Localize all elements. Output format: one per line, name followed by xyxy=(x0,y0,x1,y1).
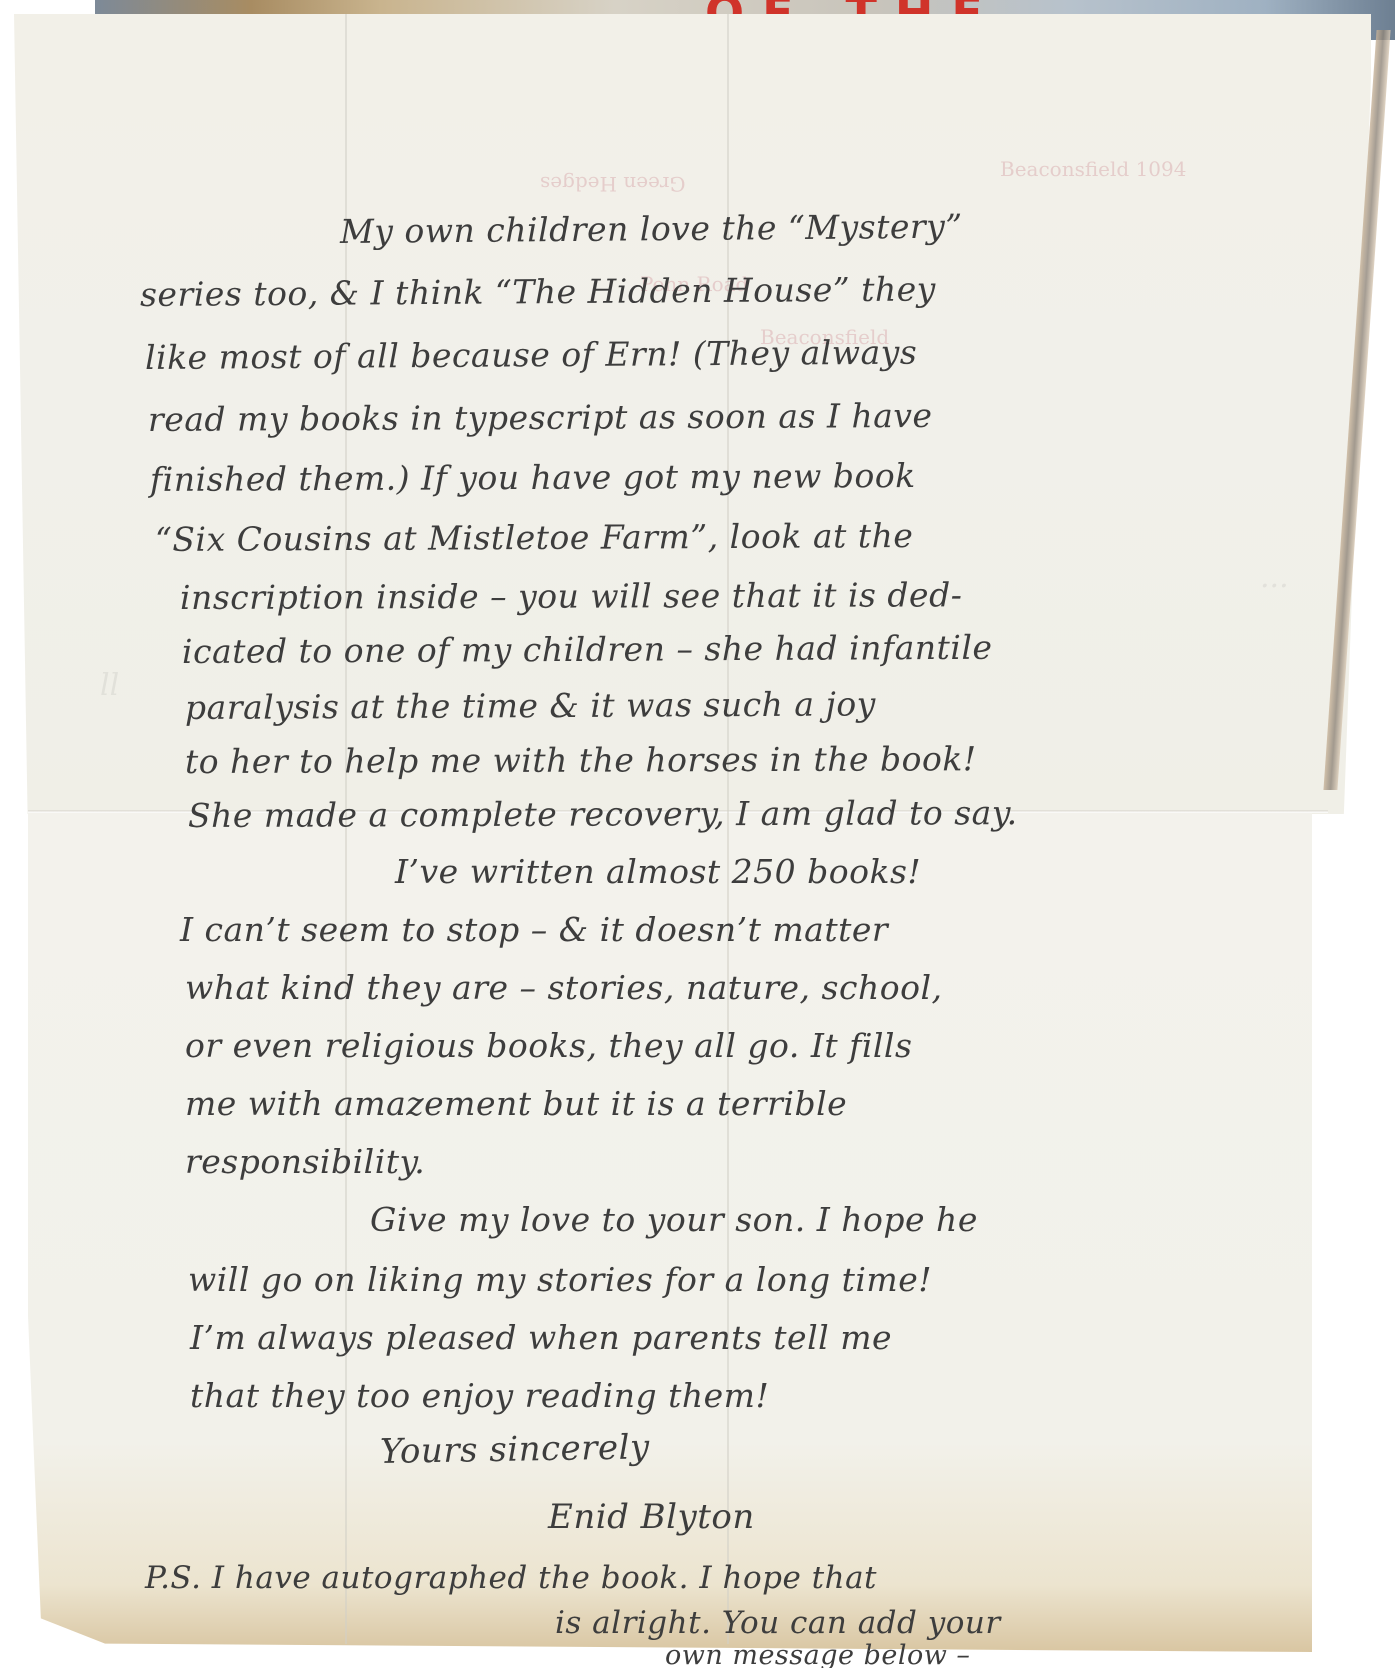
letter-line: that they too enjoy reading them! xyxy=(190,1376,769,1415)
letter-line: icated to one of my children – she had i… xyxy=(182,628,993,671)
letter-line: read my books in typescript as soon as I… xyxy=(148,396,933,439)
postscript-line: own message below – xyxy=(665,1640,970,1668)
letter-line: She made a complete recovery, I am glad … xyxy=(188,793,1018,835)
letter-line: responsibility. xyxy=(185,1142,425,1181)
signature: Enid Blyton xyxy=(548,1497,755,1537)
letter-line: to her to help me with the horses in the… xyxy=(185,739,977,781)
letter-line: will go on liking my stories for a long … xyxy=(188,1260,932,1299)
reverse-side-writing: ll xyxy=(100,668,119,703)
letter-line: My own children love the “Mystery” xyxy=(340,207,963,251)
reverse-side-writing: ... xyxy=(1260,560,1289,595)
letter-closing: Yours sincerely xyxy=(380,1427,650,1472)
letter-line: paralysis at the time & it was such a jo… xyxy=(185,684,876,727)
postscript-line: is alright. You can add your xyxy=(555,1605,1001,1641)
letter-line: I’ve written almost 250 books! xyxy=(395,852,921,891)
letter-line: series too, & I think “The Hidden House”… xyxy=(140,269,936,314)
letter-line: Give my love to your son. I hope he xyxy=(370,1200,978,1239)
letterhead-house: Green Hedges xyxy=(540,172,685,196)
letterhead-phone: Beaconsfield 1094 xyxy=(1000,157,1186,181)
letter-line: like most of all because of Ern! (They a… xyxy=(145,333,918,377)
letter-line: finished them.) If you have got my new b… xyxy=(150,456,916,499)
letter-line: or even religious books, they all go. It… xyxy=(185,1026,912,1065)
letter-line: I’m always pleased when parents tell me xyxy=(190,1318,892,1357)
letter-line: me with amazement but it is a terrible xyxy=(185,1084,847,1123)
letter-line: I can’t seem to stop – & it doesn’t matt… xyxy=(180,910,888,949)
postscript-line: P.S. I have autographed the book. I hope… xyxy=(145,1560,877,1596)
letter-line: “Six Cousins at Mistletoe Farm”, look at… xyxy=(155,516,914,559)
letter-line: what kind they are – stories, nature, sc… xyxy=(185,968,943,1007)
letter-line: inscription inside – you will see that i… xyxy=(180,575,962,617)
